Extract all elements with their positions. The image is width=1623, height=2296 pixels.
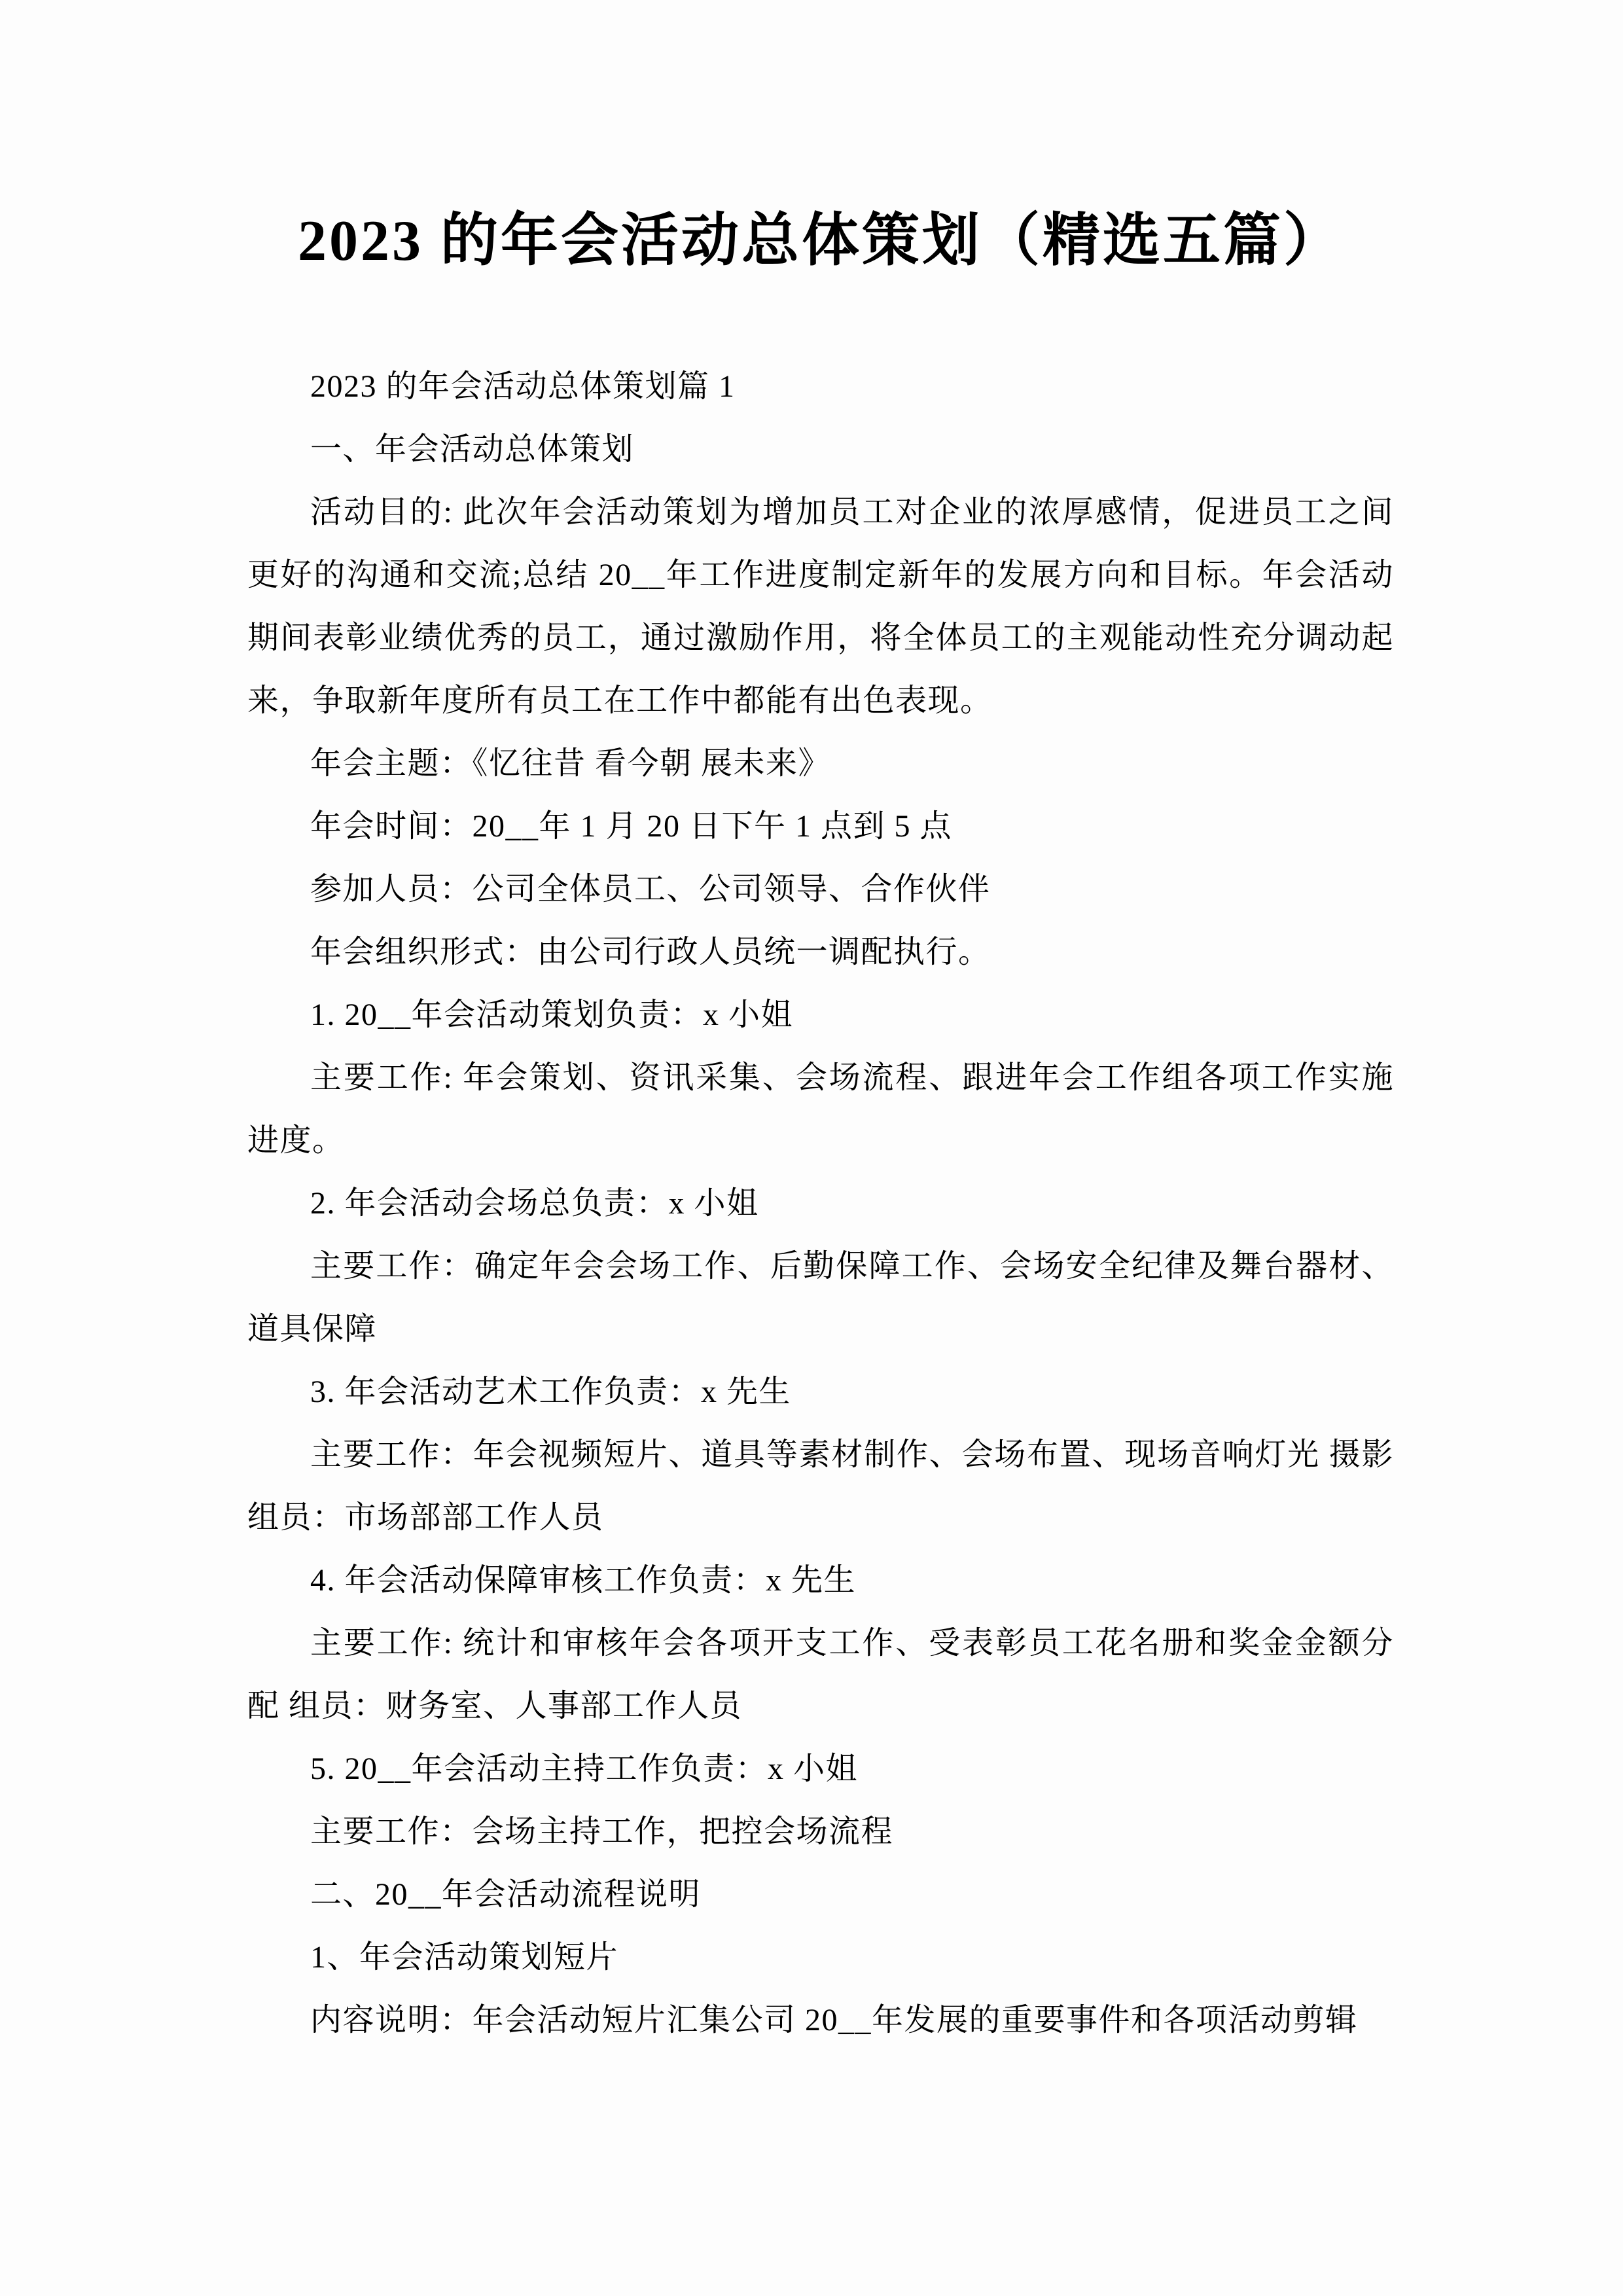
paragraph: 主要工作: 统计和审核年会各项开支工作、受表彰员工花名册和奖金金额分配 组员：财… [247, 1612, 1394, 1738]
list-item: 4. 年会活动保障审核工作负责：x 先生 [247, 1549, 1394, 1612]
paragraph: 活动目的: 此次年会活动策划为增加员工对企业的浓厚感情，促进员工之间更好的沟通和… [247, 481, 1394, 732]
list-item: 1. 20__年会活动策划负责：x 小姐 [247, 984, 1394, 1047]
section-heading: 二、20__年会活动流程说明 [247, 1863, 1394, 1926]
list-item: 3. 年会活动艺术工作负责：x 先生 [247, 1361, 1394, 1424]
list-item: 5. 20__年会活动主持工作负责：x 小姐 [247, 1738, 1394, 1801]
paragraph: 年会组织形式：由公司行政人员统一调配执行。 [247, 921, 1394, 984]
document-title: 2023 的年会活动总体策划（精选五篇） [247, 213, 1394, 270]
paragraph: 内容说明：年会活动短片汇集公司 20__年发展的重要事件和各项活动剪辑 [247, 1989, 1394, 2052]
paragraph: 主要工作：年会视频短片、道具等素材制作、会场布置、现场音响灯光 摄影组员：市场部… [247, 1424, 1394, 1549]
document-content: 2023 的年会活动总体策划（精选五篇） 2023 的年会活动总体策划篇 1 一… [0, 0, 1623, 2052]
document-page: 2023 的年会活动总体策划（精选五篇） 2023 的年会活动总体策划篇 1 一… [0, 0, 1623, 2296]
list-item: 2. 年会活动会场总负责：x 小姐 [247, 1172, 1394, 1235]
paragraph: 2023 的年会活动总体策划篇 1 [247, 355, 1394, 418]
paragraph: 主要工作：会场主持工作，把控会场流程 [247, 1801, 1394, 1863]
paragraph: 参加人员：公司全体员工、公司领导、合作伙伴 [247, 858, 1394, 921]
document-body: 2023 的年会活动总体策划篇 1 一、年会活动总体策划 活动目的: 此次年会活… [247, 355, 1394, 2052]
list-item: 1、年会活动策划短片 [247, 1926, 1394, 1989]
paragraph: 年会主题：《忆往昔 看今朝 展未来》 [247, 732, 1394, 795]
paragraph: 年会时间：20__年 1 月 20 日下午 1 点到 5 点 [247, 795, 1394, 858]
section-heading: 一、年会活动总体策划 [247, 418, 1394, 481]
paragraph: 主要工作：确定年会会场工作、后勤保障工作、会场安全纪律及舞台器材、道具保障 [247, 1235, 1394, 1361]
paragraph: 主要工作: 年会策划、资讯采集、会场流程、跟进年会工作组各项工作实施进度。 [247, 1047, 1394, 1172]
